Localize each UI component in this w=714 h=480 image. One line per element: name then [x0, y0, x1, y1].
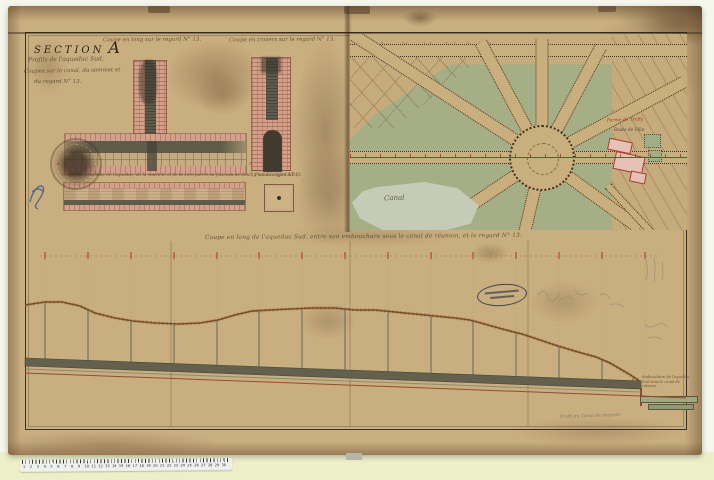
strip-masonry [64, 188, 245, 200]
ruler-number: 27 [201, 463, 206, 467]
scanned-archive-image: SECTIONA Profils de l'aqueduc Sud, Coupe… [0, 0, 714, 480]
ruler-number: 11 [91, 464, 96, 468]
longitudinal-strip-drawing [63, 182, 246, 211]
ruler-number: 12 [98, 464, 103, 468]
ruler-number: 25 [187, 463, 192, 467]
ruler-number: 30 [222, 463, 227, 467]
tall-regard-stain [261, 57, 281, 73]
ruler-number: 15 [119, 464, 124, 468]
subtitle-line-1: Profils de l'aqueduc Sud, [28, 55, 104, 63]
scale-ruler: 1234567891011121314151617181920212223242… [20, 458, 232, 472]
ruler-number: 26 [194, 463, 199, 467]
ruler-number: 16 [126, 463, 131, 467]
archive-seal [50, 138, 102, 190]
ruler-number: 13 [105, 464, 110, 468]
caption-travers-regard: Coupe en travers sur le regard N° 13. [229, 37, 335, 44]
farm-garden [644, 134, 661, 148]
regard-plan-opening [277, 196, 281, 200]
farm-building [629, 170, 647, 184]
document-sheet: SECTIONA Profils de l'aqueduc Sud, Coupe… [8, 6, 702, 455]
ruler-number: 8 [71, 464, 73, 468]
ruler-number: 9 [78, 464, 80, 468]
fold-tab [148, 6, 170, 13]
map-rond-point [509, 125, 575, 191]
ruler-number: 24 [181, 463, 186, 467]
ruler-number: 5 [50, 464, 52, 468]
ruler-number: 20 [153, 463, 158, 467]
ruler-number: 6 [57, 464, 59, 468]
shaft-stain [139, 60, 157, 104]
fold-tab [598, 6, 616, 12]
ruler-number: 1 [23, 464, 25, 468]
ruler-number: 28 [208, 463, 213, 467]
outfall-annotation: Embouchure de l'aqueduc Sud dans le cana… [642, 375, 692, 389]
outfall-step-lower [648, 404, 694, 410]
ruler-number: 2 [30, 464, 32, 468]
ruler-number: 23 [174, 463, 179, 467]
ruler-number: 4 [44, 464, 46, 468]
ruler-number: 17 [133, 463, 138, 467]
caption-plan-regard: Plan du regard N° 13. [255, 172, 302, 177]
map-farm-complex [600, 130, 664, 194]
ruler-number: 21 [160, 463, 165, 467]
stamp-text-line [490, 295, 514, 299]
ruler-number: 18 [139, 463, 144, 467]
tall-regard-arch [263, 130, 282, 172]
map-rond-point-center [527, 143, 559, 175]
section-title-word: SECTION [34, 45, 104, 56]
ruler-number: 7 [64, 464, 66, 468]
garden-map: Canal Ferme de Trefly Route de Ville [350, 34, 687, 230]
blue-ink-doodle [26, 178, 56, 214]
aqueduct-trace-line [350, 157, 687, 158]
gallery-channel [147, 141, 157, 171]
ruler-number: 29 [215, 463, 220, 467]
subtitle-line-3: du regard N° 13. [34, 79, 81, 85]
map-avenue-top [350, 44, 687, 57]
ruler-number: 19 [146, 463, 151, 467]
ruler-number: 14 [112, 464, 117, 468]
ruler-number: 22 [167, 463, 172, 467]
ruler-number: 3 [37, 464, 39, 468]
outfall-step-upper [640, 396, 698, 403]
stamp-text-line [485, 290, 519, 294]
map-canal-label: Canal [384, 194, 405, 203]
map-route-label: Route de Ville [584, 128, 674, 133]
ruler-number: 10 [85, 464, 90, 468]
caption-long-regard: Coupe en long sur le regard N° 13. [103, 37, 201, 44]
regard-plan-square [264, 184, 294, 212]
gallery-top-brick [65, 134, 246, 141]
strip-bottom-brick [64, 205, 245, 210]
photo-tab [346, 453, 362, 460]
